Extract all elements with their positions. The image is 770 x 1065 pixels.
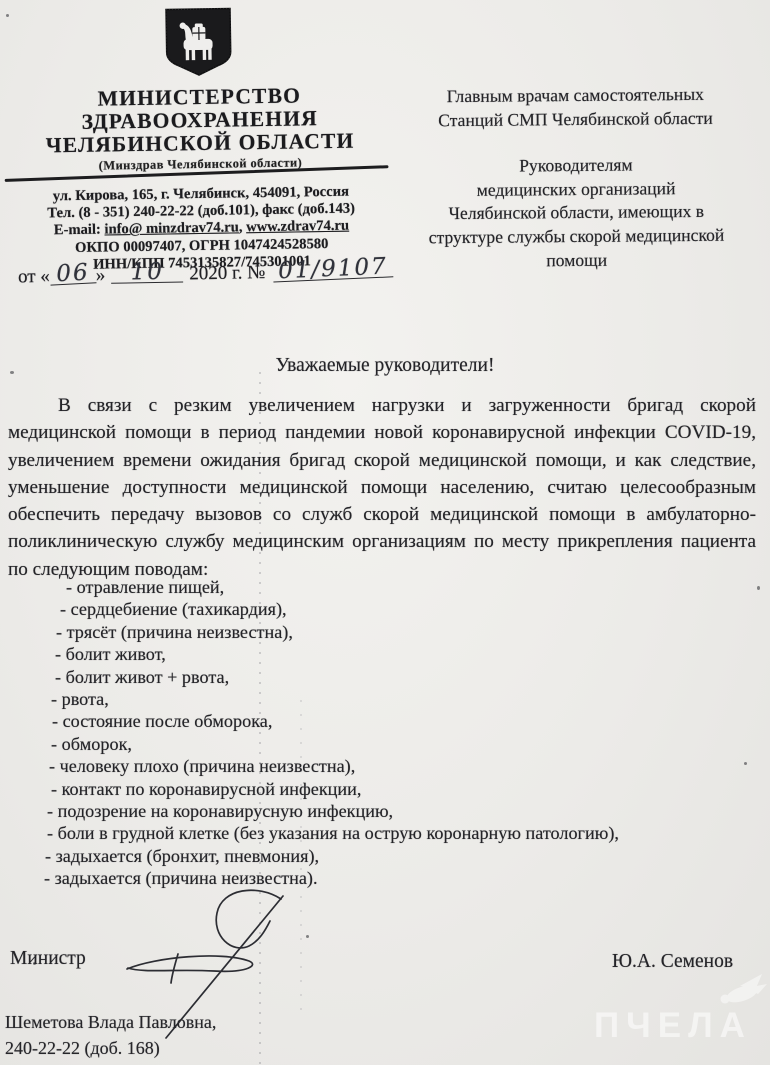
list-item: - контакт по коронавирусной инфекции, (51, 778, 770, 800)
ministry-name-line3: ЧЕЛЯБИНСКОЙ ОБЛАСТИ (0, 129, 400, 158)
reference-date-line: от «06»102020 г. №01/9107 (18, 259, 408, 289)
list-item: - обморок, (51, 733, 770, 755)
list-item: - болит живот, (55, 643, 770, 665)
handwritten-month: 10 (111, 262, 183, 284)
list-item: - трясёт (причина неизвестна), (56, 621, 770, 643)
list-item: - рвота, (51, 688, 770, 710)
email-address: info@ minzdrav74.ru (104, 220, 239, 238)
scan-speck (757, 586, 760, 590)
list-item: - задыхается (причина неизвестна). (44, 867, 770, 889)
recipient-gap (385, 130, 767, 156)
recipient-line: Челябинской области, имеющих в (385, 200, 767, 227)
list-item: - боли в грудной клетке (без указания на… (47, 822, 770, 844)
list-item: - отравление пищей, (66, 576, 770, 598)
recipient-line: медицинских организаций (385, 176, 767, 203)
recipient-line: помощи (386, 247, 768, 274)
salutation: Уважаемые руководители! (0, 355, 770, 377)
bee-icon (712, 972, 768, 1006)
recipient-line: Главным врачам самостоятельных (384, 82, 766, 109)
signatory-name: Ю.А. Семенов (612, 951, 733, 973)
reasons-list: - отравление пищей, - сердцебиение (тахи… (0, 576, 770, 890)
list-item: - сердцебиение (тахикардия), (60, 598, 770, 620)
recipient-line: структуре службы скорой медицинской (385, 223, 767, 250)
scan-speck (10, 371, 14, 374)
scan-speck (33, 962, 36, 965)
fold-dotted-line-secondary (300, 700, 302, 1020)
list-item: - человеку плохо (причина неизвестна), (49, 755, 770, 777)
contact-person-phone: 240-22-22 (доб. 168) (5, 1038, 160, 1059)
body-paragraph: В связи с резким увеличением нагрузки и … (8, 392, 756, 583)
year-and-number-label: 2020 г. № (189, 262, 265, 284)
letterhead-block: МИНИСТЕРСТВО ЗДРАВООХРАНЕНИЯ ЧЕЛЯБИНСКОЙ… (0, 0, 402, 275)
list-item: - подозрение на коронавирусную инфекцию, (47, 800, 770, 822)
handwritten-document-number: 01/9107 (273, 256, 394, 282)
recipient-line: Руководителям (385, 153, 767, 180)
list-item: - состояние после обморока, (52, 710, 770, 732)
website-url: www.zdrav74.ru (246, 218, 349, 236)
handwritten-day: 06 (49, 262, 96, 285)
signatory-title: Министр (10, 948, 86, 970)
scan-speck (306, 935, 309, 938)
recipients-block: Главным врачам самостоятельных Станций С… (384, 82, 768, 273)
email-label: E-mail: (54, 222, 105, 239)
coat-of-arms-camel-icon (160, 5, 237, 78)
scanned-letter-page: МИНИСТЕРСТВО ЗДРАВООХРАНЕНИЯ ЧЕЛЯБИНСКОЙ… (0, 0, 770, 1065)
list-item: - задыхается (бронхит, пневмония), (45, 845, 770, 867)
list-item: - болит живот + рвота, (55, 666, 770, 688)
scan-speck (6, 14, 9, 17)
fold-dotted-line (259, 372, 261, 1065)
contact-person-name: Шеметова Влада Павловна, (5, 1012, 216, 1033)
watermark-text: ПЧЕЛА (594, 1006, 752, 1046)
scan-speck (744, 762, 747, 765)
date-quote-close: » (96, 265, 106, 286)
date-prefix: от « (18, 266, 50, 288)
recipient-line: Станций СМП Челябинской области (384, 106, 766, 133)
